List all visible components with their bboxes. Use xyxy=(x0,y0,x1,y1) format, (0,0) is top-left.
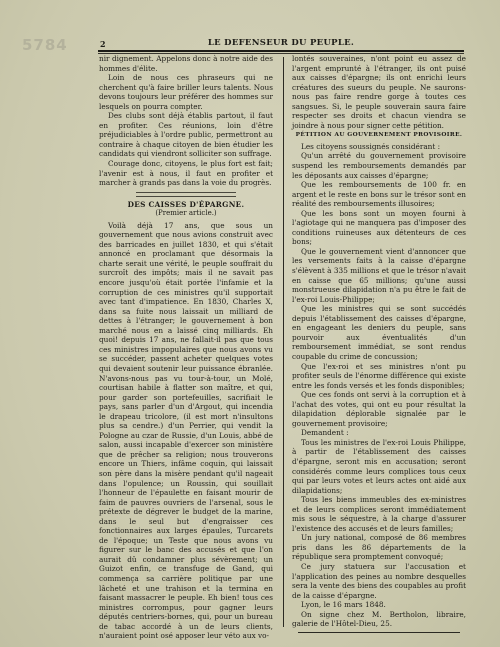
paragraph: nir dignement. Appelons donc à notre aid… xyxy=(99,54,273,73)
paragraph: Courage donc, citoyens, le plus fort est… xyxy=(99,159,273,188)
demands-label: Demandent : xyxy=(292,428,466,438)
demand: Tous les ministres de l'ex-roi Louis Phi… xyxy=(292,438,466,495)
demand: Un jury national, composé de 86 membres … xyxy=(292,533,466,562)
end-rule xyxy=(298,632,460,633)
petition-title: PÉTITION AU GOUVERNEMENT PROVISOIRE. xyxy=(292,131,466,141)
considerant: Que les bons sont un moyen fourni à l'ag… xyxy=(292,209,466,247)
considerant: Que ces fonds ont servi à la corruption … xyxy=(292,390,466,428)
paragraph: Des clubs sont déjà établis partout, il … xyxy=(99,111,273,159)
considerant: Que le gouvernement vient d'annoncer que… xyxy=(292,247,466,304)
dateline: Lyon, le 16 mars 1848. xyxy=(292,600,466,610)
article-subtitle: (Premier article.) xyxy=(99,209,273,219)
demand: Tous les biens immeubles des ex-ministre… xyxy=(292,495,466,533)
petition-intro: Les citoyens soussignés considérant : xyxy=(292,142,466,152)
header-rule-thin xyxy=(98,53,464,54)
masthead: LE DEFENSEUR DU PEUPLE. xyxy=(98,38,464,48)
paragraph: lontés souveraines, n'ont point eu assez… xyxy=(292,54,466,130)
article-body: Voilà déjà 17 ans, que sous un gouvernem… xyxy=(99,221,273,641)
considerant: Qu'un arrêté du gouvernement provisoire … xyxy=(292,151,466,180)
header-rule xyxy=(98,50,464,52)
newspaper-page: 5784 2 LE DEFENSEUR DU PEUPLE. nir digne… xyxy=(0,0,500,647)
paragraph: Loin de nous ces phraseurs qui ne cherch… xyxy=(99,73,273,111)
signing-notice: On signe chez M. Bertholon, libraire, ga… xyxy=(292,610,466,629)
section-separator xyxy=(136,192,236,197)
demand: Ce jury statuera sur l'accusation et l'a… xyxy=(292,562,466,600)
considerant: Que les ministres qui se sont succédés d… xyxy=(292,304,466,361)
archive-stamp: 5784 xyxy=(22,36,68,54)
column-divider xyxy=(283,57,284,627)
considerant: Que l'ex-roi et ses ministres n'ont pu p… xyxy=(292,362,466,391)
left-column: nir dignement. Appelons donc à notre aid… xyxy=(99,54,273,641)
right-column: lontés souveraines, n'ont point eu assez… xyxy=(292,54,466,633)
article-title: DES CAISSES D'ÉPARGNE. xyxy=(99,200,273,210)
considerant: Que les remboursements de 100 fr. en arg… xyxy=(292,180,466,209)
